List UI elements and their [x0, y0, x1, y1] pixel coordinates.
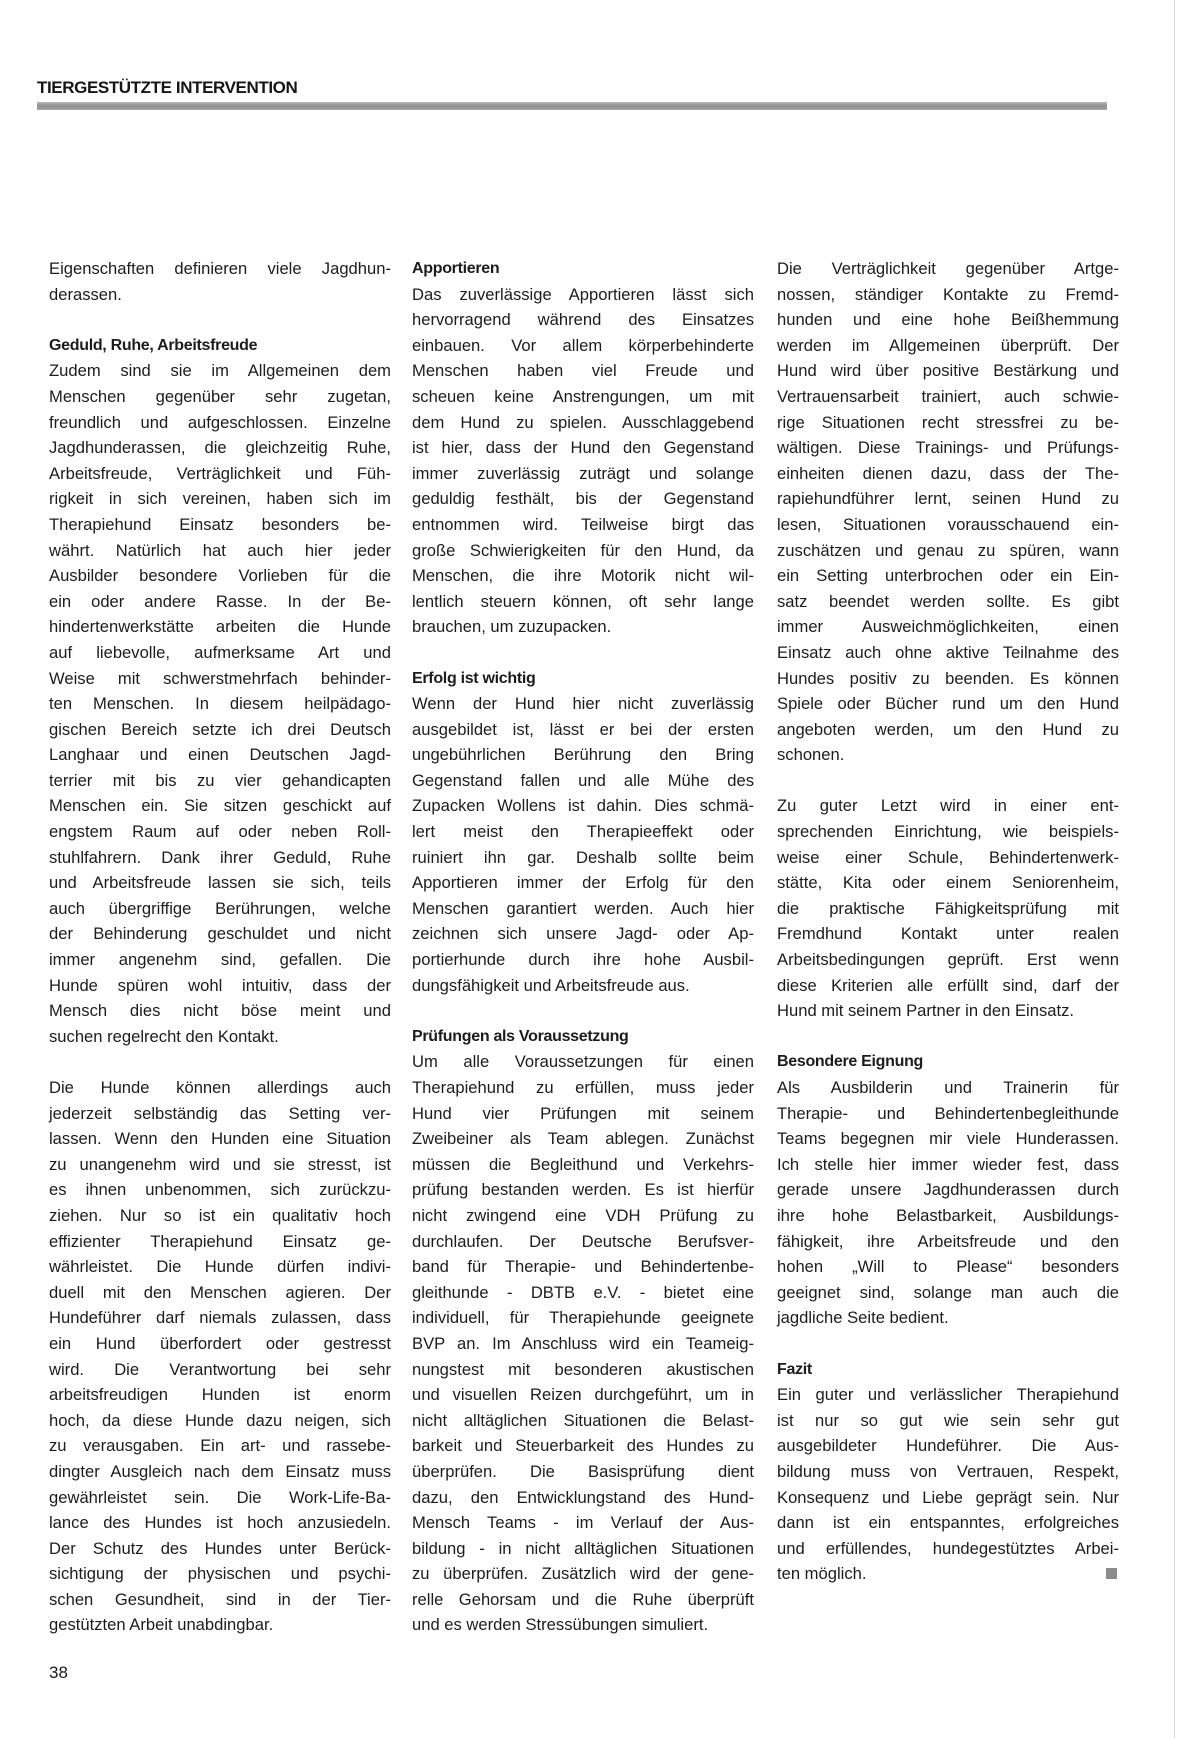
article-paragraph: Die Verträglichkeit gegenüber Artge-noss… — [777, 256, 1119, 768]
section-heading: Erfolg ist wichtig — [412, 666, 754, 692]
text-line: dem Hund zu spielen. Ausschlaggebend — [412, 410, 754, 436]
text-line: jederzeit selbständig das Setting ver- — [49, 1101, 391, 1127]
text-line: satz beendet werden sollte. Es gibt — [777, 589, 1119, 615]
text-line: Arbeitsbedingungen geprüft. Erst wenn — [777, 947, 1119, 973]
text-line: lesen, Situationen vorausschauend ein- — [777, 512, 1119, 538]
text-line: Menschen, die ihre Motorik nicht wil- — [412, 563, 754, 589]
text-line: entnommen wird. Teilweise birgt das — [412, 512, 754, 538]
text-line: große Schwierigkeiten für den Hund, da — [412, 538, 754, 564]
text-line: lassen. Wenn den Hunden eine Situation — [49, 1126, 391, 1152]
article-section: Besondere EignungAls Ausbilderin und Tra… — [777, 1049, 1119, 1331]
text-line: Die Hunde können allerdings auch — [49, 1075, 391, 1101]
text-line: geeignet sind, solange man auch die — [777, 1280, 1119, 1306]
page-edge-line — [1174, 0, 1175, 1738]
text-line: dungsfähigkeit und Arbeitsfreude aus. — [412, 973, 754, 999]
text-line: hohen „Will to Please“ besonders — [777, 1254, 1119, 1280]
text-line: und es werden Stressübungen simuliert. — [412, 1612, 754, 1638]
text-line: suchen regelrecht den Kontakt. — [49, 1024, 391, 1050]
text-line: jagdliche Seite bedient. — [777, 1305, 1119, 1331]
text-line: dingter Ausgleich nach dem Einsatz muss — [49, 1459, 391, 1485]
text-line: rige Situationen recht stressfrei zu be- — [777, 410, 1119, 436]
text-line: ziehen. Nur so ist ein qualitativ hoch — [49, 1203, 391, 1229]
article-section: Geduld, Ruhe, ArbeitsfreudeZudem sind si… — [49, 333, 391, 1050]
text-line: Jagdhunderassen, die gleichzeitig Ruhe, — [49, 435, 391, 461]
text-line: Hundes positiv zu beenden. Es können — [777, 666, 1119, 692]
text-line: Um alle Voraussetzungen für einen — [412, 1049, 754, 1075]
text-line: Menschen haben viel Freude und — [412, 358, 754, 384]
text-line: zu überprüfen. Zusätzlich wird der gene- — [412, 1561, 754, 1587]
text-line: ein Setting unterbrochen oder ein Ein- — [777, 563, 1119, 589]
text-line: Fremdhund Kontakt unter realen — [777, 921, 1119, 947]
text-line: ist nur so gut wie sein sehr gut — [777, 1408, 1119, 1434]
text-line: gewährleistet sein. Die Work-Life-Ba- — [49, 1485, 391, 1511]
text-line: lentlich steuern können, oft sehr lange — [412, 589, 754, 615]
text-line: Ein guter und verlässlicher Therapiehund — [777, 1382, 1119, 1408]
text-line: Hund mit seinem Partner in den Einsatz. — [777, 998, 1119, 1024]
text-line: überprüfen. Die Basisprüfung dient — [412, 1459, 754, 1485]
text-line: müssen die Begleithund und Verkehrs- — [412, 1152, 754, 1178]
text-line: zeichnen sich unsere Jagd- oder Ap- — [412, 921, 754, 947]
text-line: wird. Die Verantwortung bei sehr — [49, 1357, 391, 1383]
text-line: zu verausgaben. Ein art- und rassebe- — [49, 1433, 391, 1459]
text-line: arbeitsfreudigen Hunden ist enorm — [49, 1382, 391, 1408]
text-line: durchlaufen. Der Deutsche Berufsver- — [412, 1229, 754, 1255]
text-line: immer zuverlässig zuträgt und solange — [412, 461, 754, 487]
text-line: hindertenwerkstätte arbeiten die Hunde — [49, 614, 391, 640]
text-line: individuell, für Therapiehunde geeignete — [412, 1305, 754, 1331]
text-line: lert meist den Therapieeffekt oder — [412, 819, 754, 845]
section-heading: Geduld, Ruhe, Arbeitsfreude — [49, 333, 391, 359]
text-line: dann ist ein entspanntes, erfolgreiches — [777, 1510, 1119, 1536]
text-line: ist hier, dass der Hund den Gegenstand — [412, 435, 754, 461]
text-line: Zweibeiner als Team ablegen. Zunächst — [412, 1126, 754, 1152]
text-line: hoch, da diese Hunde dazu neigen, sich — [49, 1408, 391, 1434]
text-line: rigkeit in sich vereinen, haben sich im — [49, 486, 391, 512]
text-line: und visuellen Reizen durchgeführt, um in — [412, 1382, 754, 1408]
text-line: immer Ausweichmöglichkeiten, einen — [777, 614, 1119, 640]
text-line: Therapiehund zu erfüllen, muss jeder — [412, 1075, 754, 1101]
text-line: Hund wird über positive Bestärkung und — [777, 358, 1119, 384]
text-line: freundlich und aufgeschlossen. Einzelne — [49, 410, 391, 436]
text-line: ausgebildet ist, lässt er bei der ersten — [412, 717, 754, 743]
article-section: Erfolg ist wichtigWenn der Hund hier nic… — [412, 666, 754, 999]
text-line: terrier mit bis zu vier gehandicapten — [49, 768, 391, 794]
text-line: Mensch dies nicht böse meint und — [49, 998, 391, 1024]
text-line: BVP an. Im Anschluss wird ein Teameig- — [412, 1331, 754, 1357]
text-line: angeboten werden, um den Hund zu — [777, 717, 1119, 743]
text-line: weise einer Schule, Behindertenwerk- — [777, 845, 1119, 871]
text-line: ein oder andere Rasse. In der Be- — [49, 589, 391, 615]
text-line: und erfüllendes, hundegestütztes Arbei- — [777, 1536, 1119, 1562]
text-line: brauchen, um zuzupacken. — [412, 614, 754, 640]
text-line: der Behinderung geschuldet und nicht — [49, 921, 391, 947]
text-line: bildung muss von Vertrauen, Respekt, — [777, 1459, 1119, 1485]
text-line: gerade unsere Jagdhunderassen durch — [777, 1177, 1119, 1203]
text-line: auf liebevolle, aufmerksame Art und — [49, 640, 391, 666]
text-line: Arbeitsfreude, Verträglichkeit und Füh- — [49, 461, 391, 487]
text-line: Zudem sind sie im Allgemeinen dem — [49, 358, 391, 384]
text-line: währleistet. Die Hunde dürfen indivi- — [49, 1254, 391, 1280]
section-heading: Prüfungen als Voraussetzung — [412, 1024, 754, 1050]
text-line: Einsatz auch ohne aktive Teilnahme des — [777, 640, 1119, 666]
text-line: Ich stelle hier immer wieder fest, dass — [777, 1152, 1119, 1178]
article-paragraph: Zu guter Letzt wird in einer ent-spreche… — [777, 793, 1119, 1023]
column-2: ApportierenDas zuverlässige Apportieren … — [412, 256, 754, 1638]
running-header: TIERGESTÜTZTE INTERVENTION — [37, 78, 1112, 110]
section-heading: Apportieren — [412, 256, 754, 282]
text-line: band für Therapie- und Behindertenbe- — [412, 1254, 754, 1280]
text-line: derassen. — [49, 282, 391, 308]
text-line: engstem Raum auf oder neben Roll- — [49, 819, 391, 845]
section-heading: Besondere Eignung — [777, 1049, 1119, 1075]
header-rule — [37, 102, 1107, 110]
text-line: gleithunde - DBTB e.V. - bietet eine — [412, 1280, 754, 1306]
text-line: einbauen. Vor allem körperbehinderte — [412, 333, 754, 359]
text-line: ein Hund überfordert oder gestresst — [49, 1331, 391, 1357]
text-line: Zu guter Letzt wird in einer ent- — [777, 793, 1119, 819]
text-line: fähigkeit, ihre Arbeitsfreude und den — [777, 1229, 1119, 1255]
text-line: zuschätzen und genau zu spüren, wann — [777, 538, 1119, 564]
text-line: gischen Bereich setzte ich drei Deutsch — [49, 717, 391, 743]
text-line: Der Schutz des Hundes unter Berück- — [49, 1536, 391, 1562]
text-line: Das zuverlässige Apportieren lässt sich — [412, 282, 754, 308]
text-line: relle Gehorsam und die Ruhe überprüft — [412, 1587, 754, 1613]
text-line: Konsequenz und Liebe geprägt sein. Nur — [777, 1485, 1119, 1511]
text-line: sprechenden Einrichtung, wie beispiels- — [777, 819, 1119, 845]
text-line: nossen, ständiger Kontakte zu Fremd- — [777, 282, 1119, 308]
text-line: ten Menschen. In diesem heilpädago- — [49, 691, 391, 717]
text-line: Als Ausbilderin und Trainerin für — [777, 1075, 1119, 1101]
text-line: Weise mit schwerstmehrfach behinder- — [49, 666, 391, 692]
section-heading: Fazit — [777, 1357, 1119, 1383]
text-line: Therapiehund Einsatz besonders be- — [49, 512, 391, 538]
page-number: 38 — [49, 1663, 68, 1683]
column-1: Eigenschaften definieren viele Jagdhun-d… — [49, 256, 391, 1638]
text-line: zu unangenehm wird und sie stresst, ist — [49, 1152, 391, 1178]
text-line: Menschen garantiert werden. Auch hier — [412, 896, 754, 922]
text-line: barkeit und Steuerbarkeit des Hundes zu — [412, 1433, 754, 1459]
text-line: nungstest mit besonderen akustischen — [412, 1357, 754, 1383]
article-section: Prüfungen als VoraussetzungUm alle Vorau… — [412, 1024, 754, 1638]
text-line: nicht alltäglichen Situationen die Belas… — [412, 1408, 754, 1434]
text-line: Menschen ein. Sie sitzen geschickt auf — [49, 793, 391, 819]
article-section: FazitEin guter und verlässlicher Therapi… — [777, 1357, 1119, 1587]
text-line: Langhaar und einen Deutschen Jagd- — [49, 742, 391, 768]
text-line: einheiten dienen dazu, dass der The- — [777, 461, 1119, 487]
text-line: ruiniert ihn gar. Deshalb sollte beim — [412, 845, 754, 871]
text-line: geduldig festhält, bis der Gegenstand — [412, 486, 754, 512]
text-line: ungebührlichen Berührung den Bring — [412, 742, 754, 768]
text-line: bildung - in nicht alltäglichen Situatio… — [412, 1536, 754, 1562]
text-line: duell mit den Menschen agieren. Der — [49, 1280, 391, 1306]
article-paragraph: Eigenschaften definieren viele Jagdhun-d… — [49, 256, 391, 307]
text-line: sichtigung der physischen und psychi- — [49, 1561, 391, 1587]
text-line: Teams begegnen mir viele Hunderassen. — [777, 1126, 1119, 1152]
text-line: schen Gesundheit, sind in der Tier- — [49, 1587, 391, 1613]
text-line: lance des Hundes ist hoch anzusiedeln. — [49, 1510, 391, 1536]
text-line: Menschen gegenüber sehr zugetan, — [49, 384, 391, 410]
text-line: stuhlfahrern. Dank ihrer Geduld, Ruhe — [49, 845, 391, 871]
text-line: diese Kriterien alle erfüllt sind, darf … — [777, 973, 1119, 999]
text-line: dazu, den Entwicklungstand des Hund- — [412, 1485, 754, 1511]
text-line: prüfung bestanden werden. Es ist hierfür — [412, 1177, 754, 1203]
text-line: hunden und eine hohe Beißhemmung — [777, 307, 1119, 333]
text-line: ten möglich. — [777, 1561, 1119, 1587]
article-paragraph: Die Hunde können allerdings auchjederzei… — [49, 1075, 391, 1638]
text-line: es ihnen unbenommen, sich zurückzu- — [49, 1177, 391, 1203]
text-line: Mensch Teams - im Verlauf der Aus- — [412, 1510, 754, 1536]
text-line: werden im Allgemeinen überprüft. Der — [777, 333, 1119, 359]
article-section: ApportierenDas zuverlässige Apportieren … — [412, 256, 754, 640]
text-line: wältigen. Diese Trainings- und Prüfungs- — [777, 435, 1119, 461]
text-line: hervorragend während des Einsatzes — [412, 307, 754, 333]
text-line: rapiehundführer lernt, seinen Hund zu — [777, 486, 1119, 512]
text-line: Die Verträglichkeit gegenüber Artge- — [777, 256, 1119, 282]
text-line: ihre hohe Belastbarkeit, Ausbildungs- — [777, 1203, 1119, 1229]
text-line: effizienter Therapiehund Einsatz ge- — [49, 1229, 391, 1255]
text-line: Vertrauensarbeit trainiert, auch schwie- — [777, 384, 1119, 410]
text-line: auch übergriffige Berührungen, welche — [49, 896, 391, 922]
text-line: nicht zwingend eine VDH Prüfung zu — [412, 1203, 754, 1229]
end-of-article-icon — [1106, 1568, 1117, 1579]
text-line: Apportieren immer der Erfolg für den — [412, 870, 754, 896]
text-line: Hund vier Prüfungen mit seinem — [412, 1101, 754, 1127]
text-line: Wenn der Hund hier nicht zuverlässig — [412, 691, 754, 717]
text-line: Eigenschaften definieren viele Jagdhun- — [49, 256, 391, 282]
text-line: und Arbeitsfreude lassen sie sich, teils — [49, 870, 391, 896]
text-line: ausgebildeter Hundeführer. Die Aus- — [777, 1433, 1119, 1459]
text-line: scheuen keine Anstrengungen, um mit — [412, 384, 754, 410]
section-title: TIERGESTÜTZTE INTERVENTION — [37, 78, 1112, 98]
text-line: Zupacken Wollens ist dahin. Dies schmä- — [412, 793, 754, 819]
text-line: die praktische Fähigkeitsprüfung mit — [777, 896, 1119, 922]
text-line: währt. Natürlich hat auch hier jeder — [49, 538, 391, 564]
column-3: Die Verträglichkeit gegenüber Artge-noss… — [777, 256, 1119, 1587]
text-line: gestützten Arbeit unabdingbar. — [49, 1612, 391, 1638]
text-line: stätte, Kita oder einem Seniorenheim, — [777, 870, 1119, 896]
text-line: portierhunde durch ihre hohe Ausbil- — [412, 947, 754, 973]
text-line: Therapie- und Behindertenbegleithunde — [777, 1101, 1119, 1127]
text-line: Ausbilder besondere Vorlieben für die — [49, 563, 391, 589]
text-line: Spiele oder Bücher rund um den Hund — [777, 691, 1119, 717]
text-line: Gegenstand fallen und alle Mühe des — [412, 768, 754, 794]
text-line: Hundeführer darf niemals zulassen, dass — [49, 1305, 391, 1331]
text-line: immer angenehm sind, gefallen. Die — [49, 947, 391, 973]
text-line: Hunde spüren wohl intuitiv, dass der — [49, 973, 391, 999]
text-line: schonen. — [777, 742, 1119, 768]
